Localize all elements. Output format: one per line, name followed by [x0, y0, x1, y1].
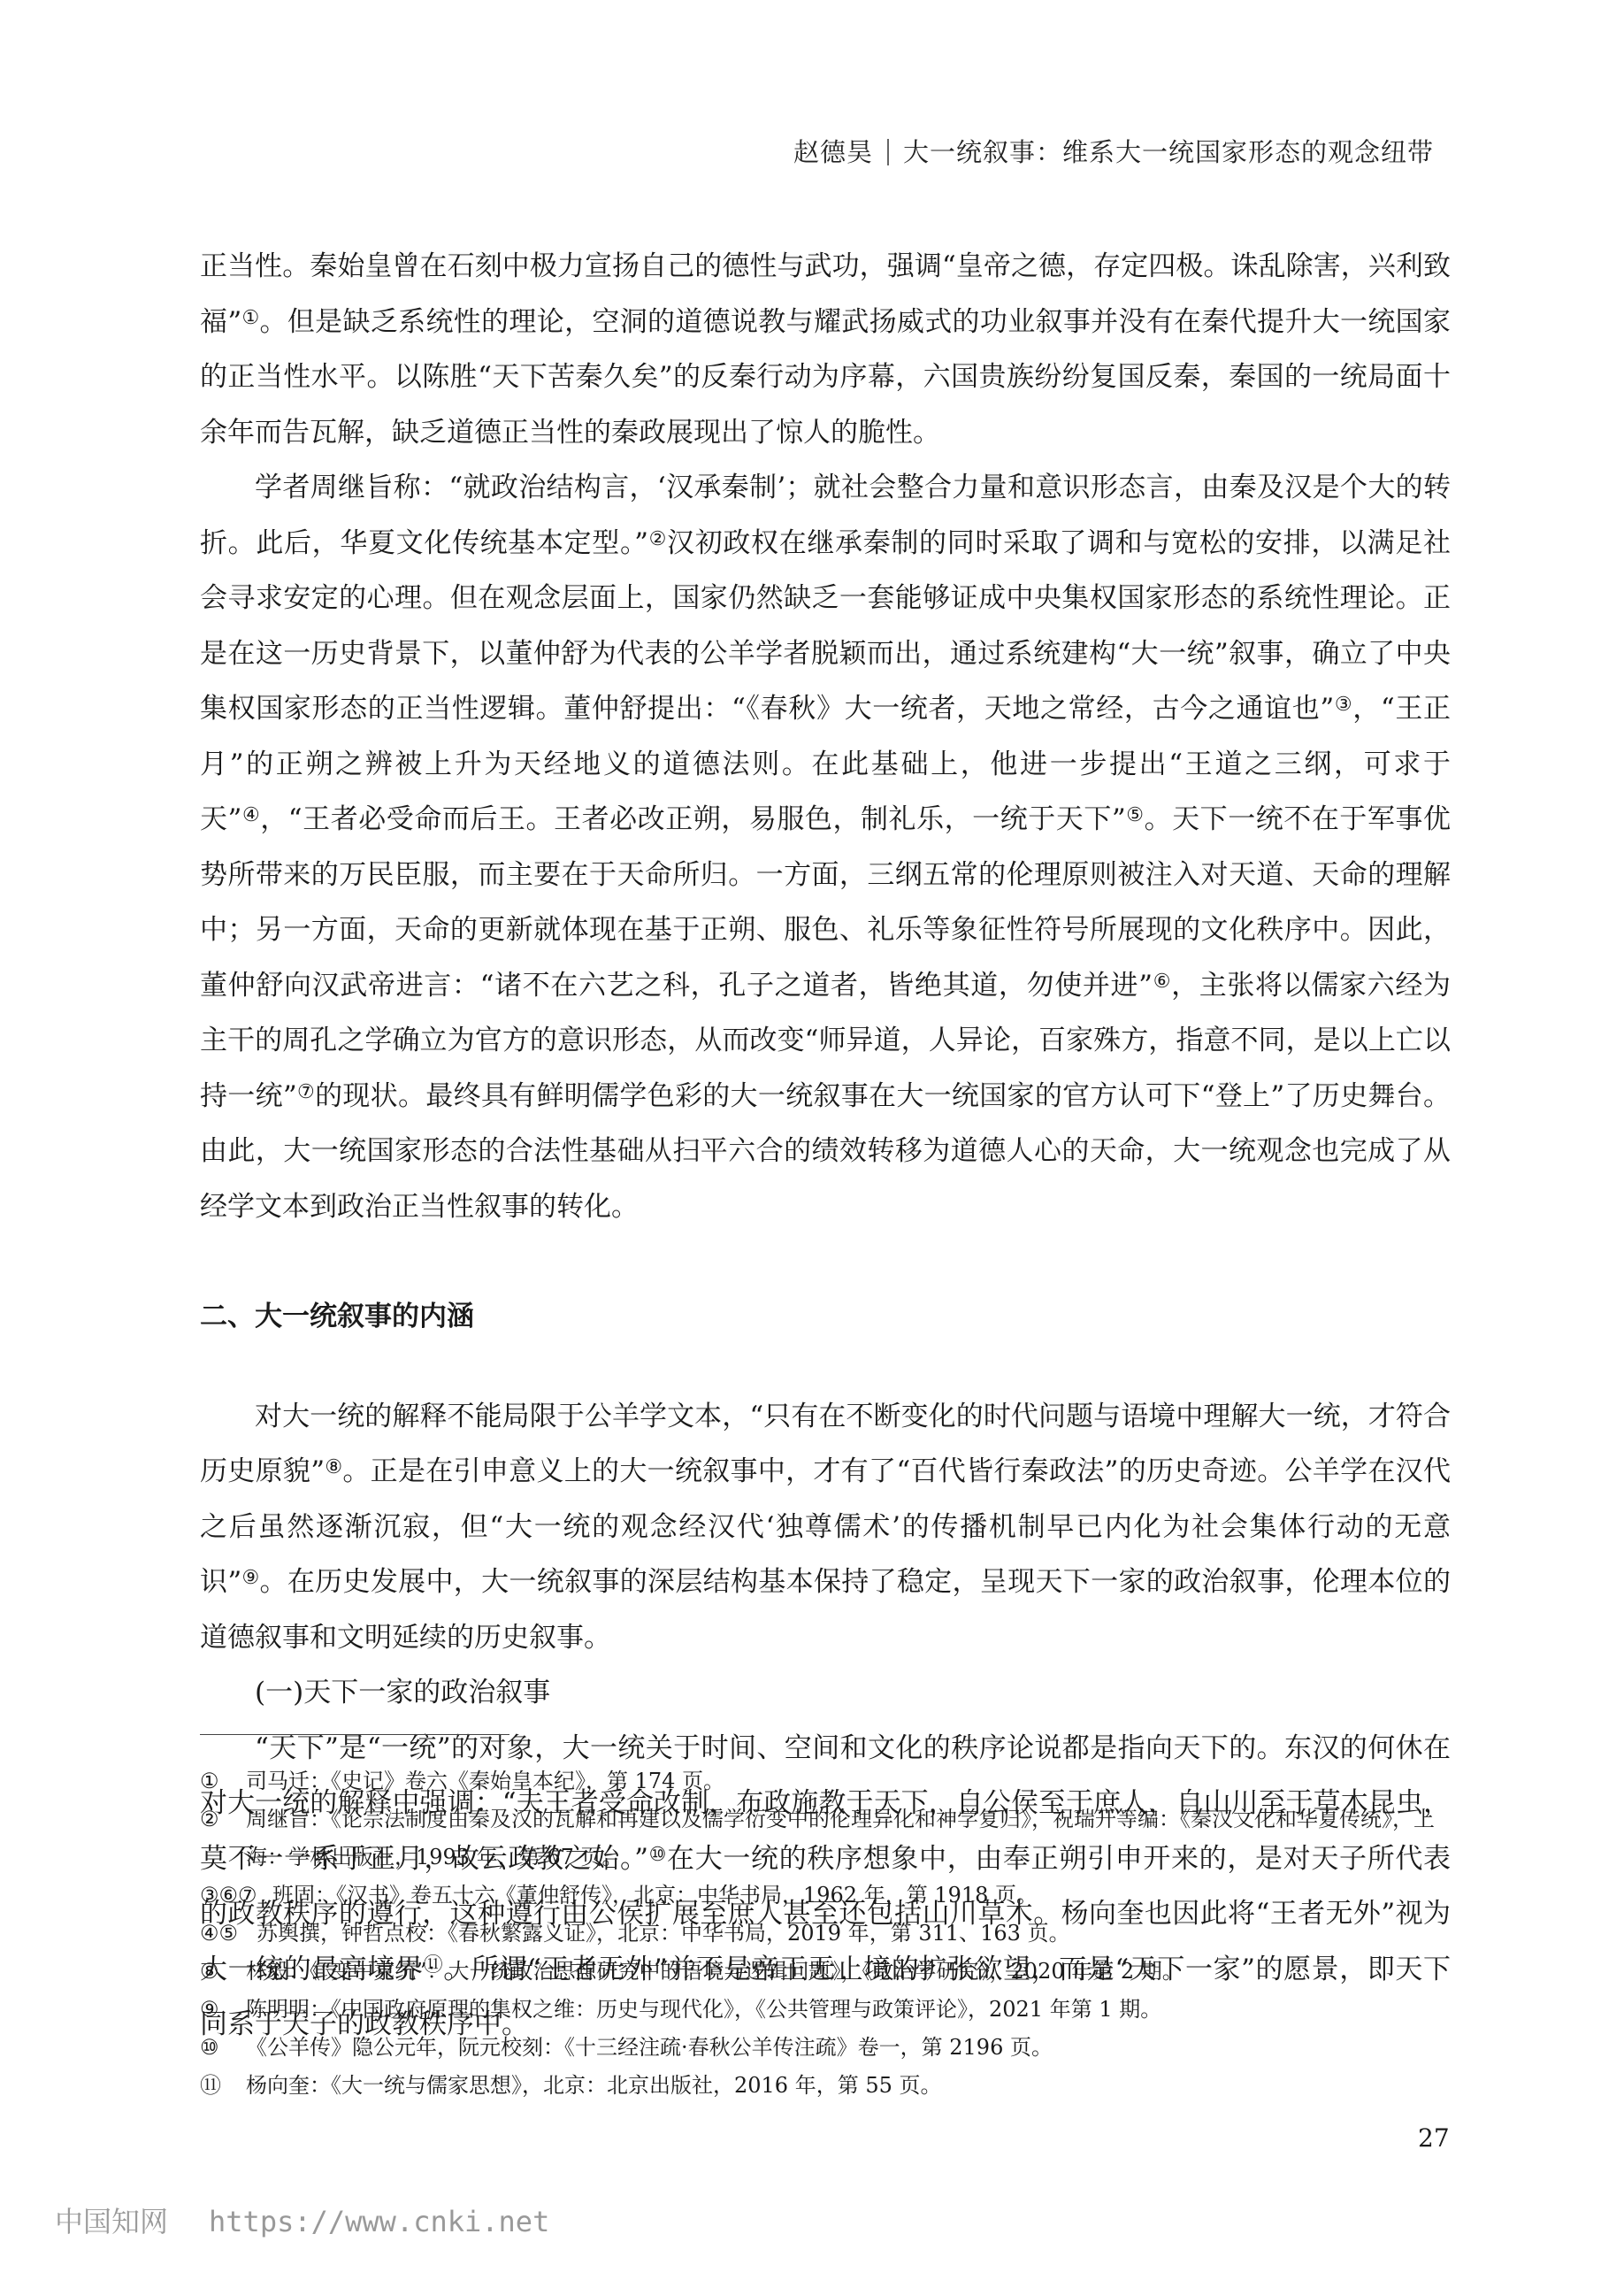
footnote-reference[interactable]: ① — [241, 307, 259, 329]
footnote-text: 杨向奎：《大一统与儒家思想》，北京：北京出版社，2016 年，第 55 页。 — [246, 2067, 1451, 2105]
footnote-mark: ③⑥⑦ — [200, 1877, 272, 1915]
footnote-mark: ⑨ — [200, 1991, 246, 2029]
paragraph: 学者周继旨称：“就政治结构言，‘汉承秦制’；就社会整合力量和意识形态言，由秦及汉… — [200, 460, 1451, 1234]
footnote-text: 司马迁：《史记》卷六《秦始皇本纪》，第 174 页。 — [246, 1762, 1451, 1800]
footnote-reference[interactable]: ② — [648, 528, 667, 550]
footnote: ③⑥⑦班固：《汉书》卷五十六《董仲舒传》，北京：中华书局，1962 年，第 19… — [200, 1877, 1451, 1915]
footnote-mark: ⑧ — [200, 1953, 246, 1991]
footnote: ⑪杨向奎：《大一统与儒家思想》，北京：北京出版社，2016 年，第 55 页。 — [200, 2067, 1451, 2105]
watermark-url: https://www.cnki.net — [209, 2205, 549, 2238]
footnote-reference[interactable]: ⑥ — [1153, 971, 1171, 993]
footnote: ⑨陈明明：《中国政府原理的集权之维：历史与现代化》，《公共管理与政策评论》，20… — [200, 1991, 1451, 2029]
footnote-reference[interactable]: ⑤ — [1126, 804, 1145, 826]
article-title: 大一统叙事：维系大一统国家形态的观念纽带 — [903, 137, 1434, 167]
page-number: 27 — [1418, 2123, 1450, 2153]
section-heading: 二、大一统叙事的内涵 — [200, 1289, 1451, 1345]
cnki-watermark: 中国知网https://www.cnki.net — [55, 2199, 549, 2240]
subsection-heading: (一)天下一家的政治叙事 — [200, 1665, 1451, 1721]
footnote: ⑩《公羊传》隐公元年，阮元校刻：《十三经注疏·春秋公羊传注疏》卷一，第 2196… — [200, 2029, 1451, 2067]
footnote-reference[interactable]: ⑨ — [241, 1567, 259, 1589]
footnote-text: 周继旨：《论宗法制度由秦及汉的瓦解和再建以及儒学衍变中的伦理异化和神学复归》，祝… — [246, 1800, 1451, 1877]
paragraph: 对大一统的解释不能局限于公羊学文本，“只有在不断变化的时代问题与语境中理解大一统… — [200, 1389, 1451, 1666]
footnote-mark: ② — [200, 1800, 246, 1877]
header-separator — [887, 139, 889, 165]
footnote-text: 苏舆撰，钟哲点校：《春秋繁露义证》，北京：中华书局，2019 年，第 311、1… — [257, 1915, 1451, 1953]
footnote-reference[interactable]: ④ — [241, 804, 260, 826]
footnote-text: 班固：《汉书》卷五十六《董仲舒传》，北京：中华书局，1962 年，第 1918 … — [272, 1877, 1451, 1915]
footnote-mark: ⑪ — [200, 2067, 246, 2105]
footnote-mark: ① — [200, 1762, 246, 1800]
footnote-text: 《公羊传》隐公元年，阮元校刻：《十三经注疏·春秋公羊传注疏》卷一，第 2196 … — [246, 2029, 1451, 2067]
author-name: 赵德昊 — [793, 137, 873, 167]
footnote: ①司马迁：《史记》卷六《秦始皇本纪》，第 174 页。 — [200, 1762, 1451, 1800]
footnote-text: 林毅：《“变中求统”：大一统政治思想研究中的语境与逻辑问题》，《政治学研究》，2… — [246, 1953, 1451, 1991]
footnote-reference[interactable]: ⑦ — [297, 1081, 315, 1103]
footnote: ⑧林毅：《“变中求统”：大一统政治思想研究中的语境与逻辑问题》，《政治学研究》，… — [200, 1953, 1451, 1991]
footnote: ②周继旨：《论宗法制度由秦及汉的瓦解和再建以及儒学衍变中的伦理异化和神学复归》，… — [200, 1800, 1451, 1877]
footnote-mark: ④⑤ — [200, 1915, 257, 1953]
footnote-text: 陈明明：《中国政府原理的集权之维：历史与现代化》，《公共管理与政策评论》，202… — [246, 1991, 1451, 2029]
footnote-mark: ⑩ — [200, 2029, 246, 2067]
footnote-divider — [200, 1734, 509, 1735]
footnote-reference[interactable]: ⑧ — [325, 1456, 342, 1478]
footnote: ④⑤苏舆撰，钟哲点校：《春秋繁露义证》，北京：中华书局，2019 年，第 311… — [200, 1915, 1451, 1953]
footnotes: ①司马迁：《史记》卷六《秦始皇本纪》，第 174 页。 ②周继旨：《论宗法制度由… — [200, 1762, 1451, 2105]
paragraph: 正当性。秦始皇曾在石刻中极力宣扬自己的德性与武功，强调“皇帝之德，存定四极。诛乱… — [200, 239, 1451, 460]
watermark-site-name: 中国知网 — [55, 2205, 168, 2238]
running-header: 赵德昊大一统叙事：维系大一统国家形态的观念纽带 — [793, 133, 1434, 169]
footnote-reference[interactable]: ③ — [1334, 694, 1352, 716]
